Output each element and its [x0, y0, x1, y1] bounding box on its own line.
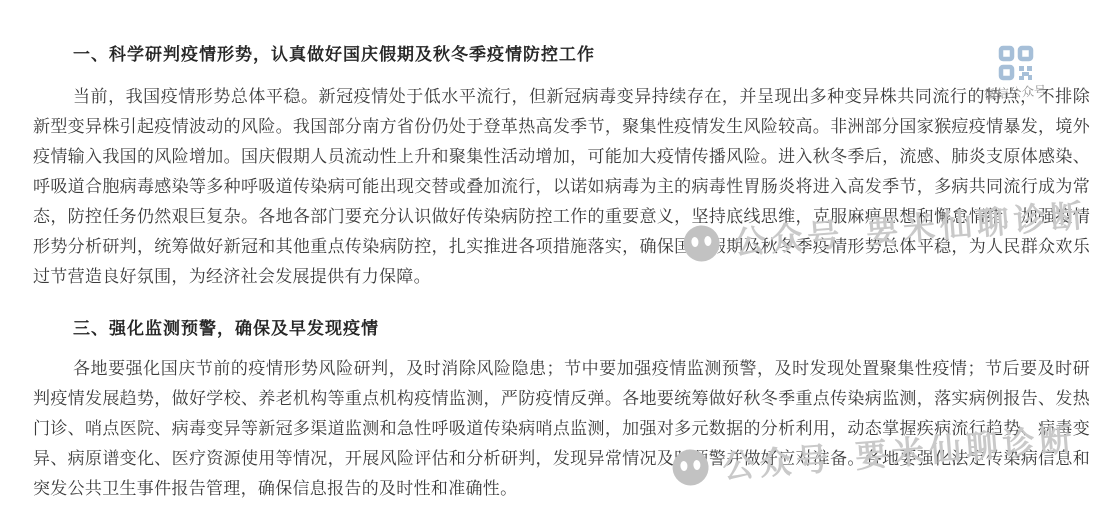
section-3-paragraph: 各地要强化国庆节前的疫情形势风险研判，及时消除风险隐患；节中要加强疫情监测预警，…	[33, 354, 1090, 504]
section-1-paragraph: 当前，我国疫情形势总体平稳。新冠疫情处于低水平流行，但新冠病毒变异持续存在，并呈…	[33, 82, 1090, 292]
section-1-heading: 一、科学研判疫情形势，认真做好国庆假期及秋冬季疫情防控工作	[33, 44, 1090, 66]
document-page: 一、科学研判疫情形势，认真做好国庆假期及秋冬季疫情防控工作 当前，我国疫情形势总…	[0, 0, 1116, 520]
section-3: 三、强化监测预警，确保及早发现疫情 各地要强化国庆节前的疫情形势风险研判，及时消…	[33, 318, 1090, 504]
section-1: 一、科学研判疫情形势，认真做好国庆假期及秋冬季疫情防控工作 当前，我国疫情形势总…	[33, 44, 1090, 292]
document-content: 一、科学研判疫情形势，认真做好国庆假期及秋冬季疫情防控工作 当前，我国疫情形势总…	[33, 0, 1090, 504]
section-3-heading: 三、强化监测预警，确保及早发现疫情	[33, 318, 1090, 340]
